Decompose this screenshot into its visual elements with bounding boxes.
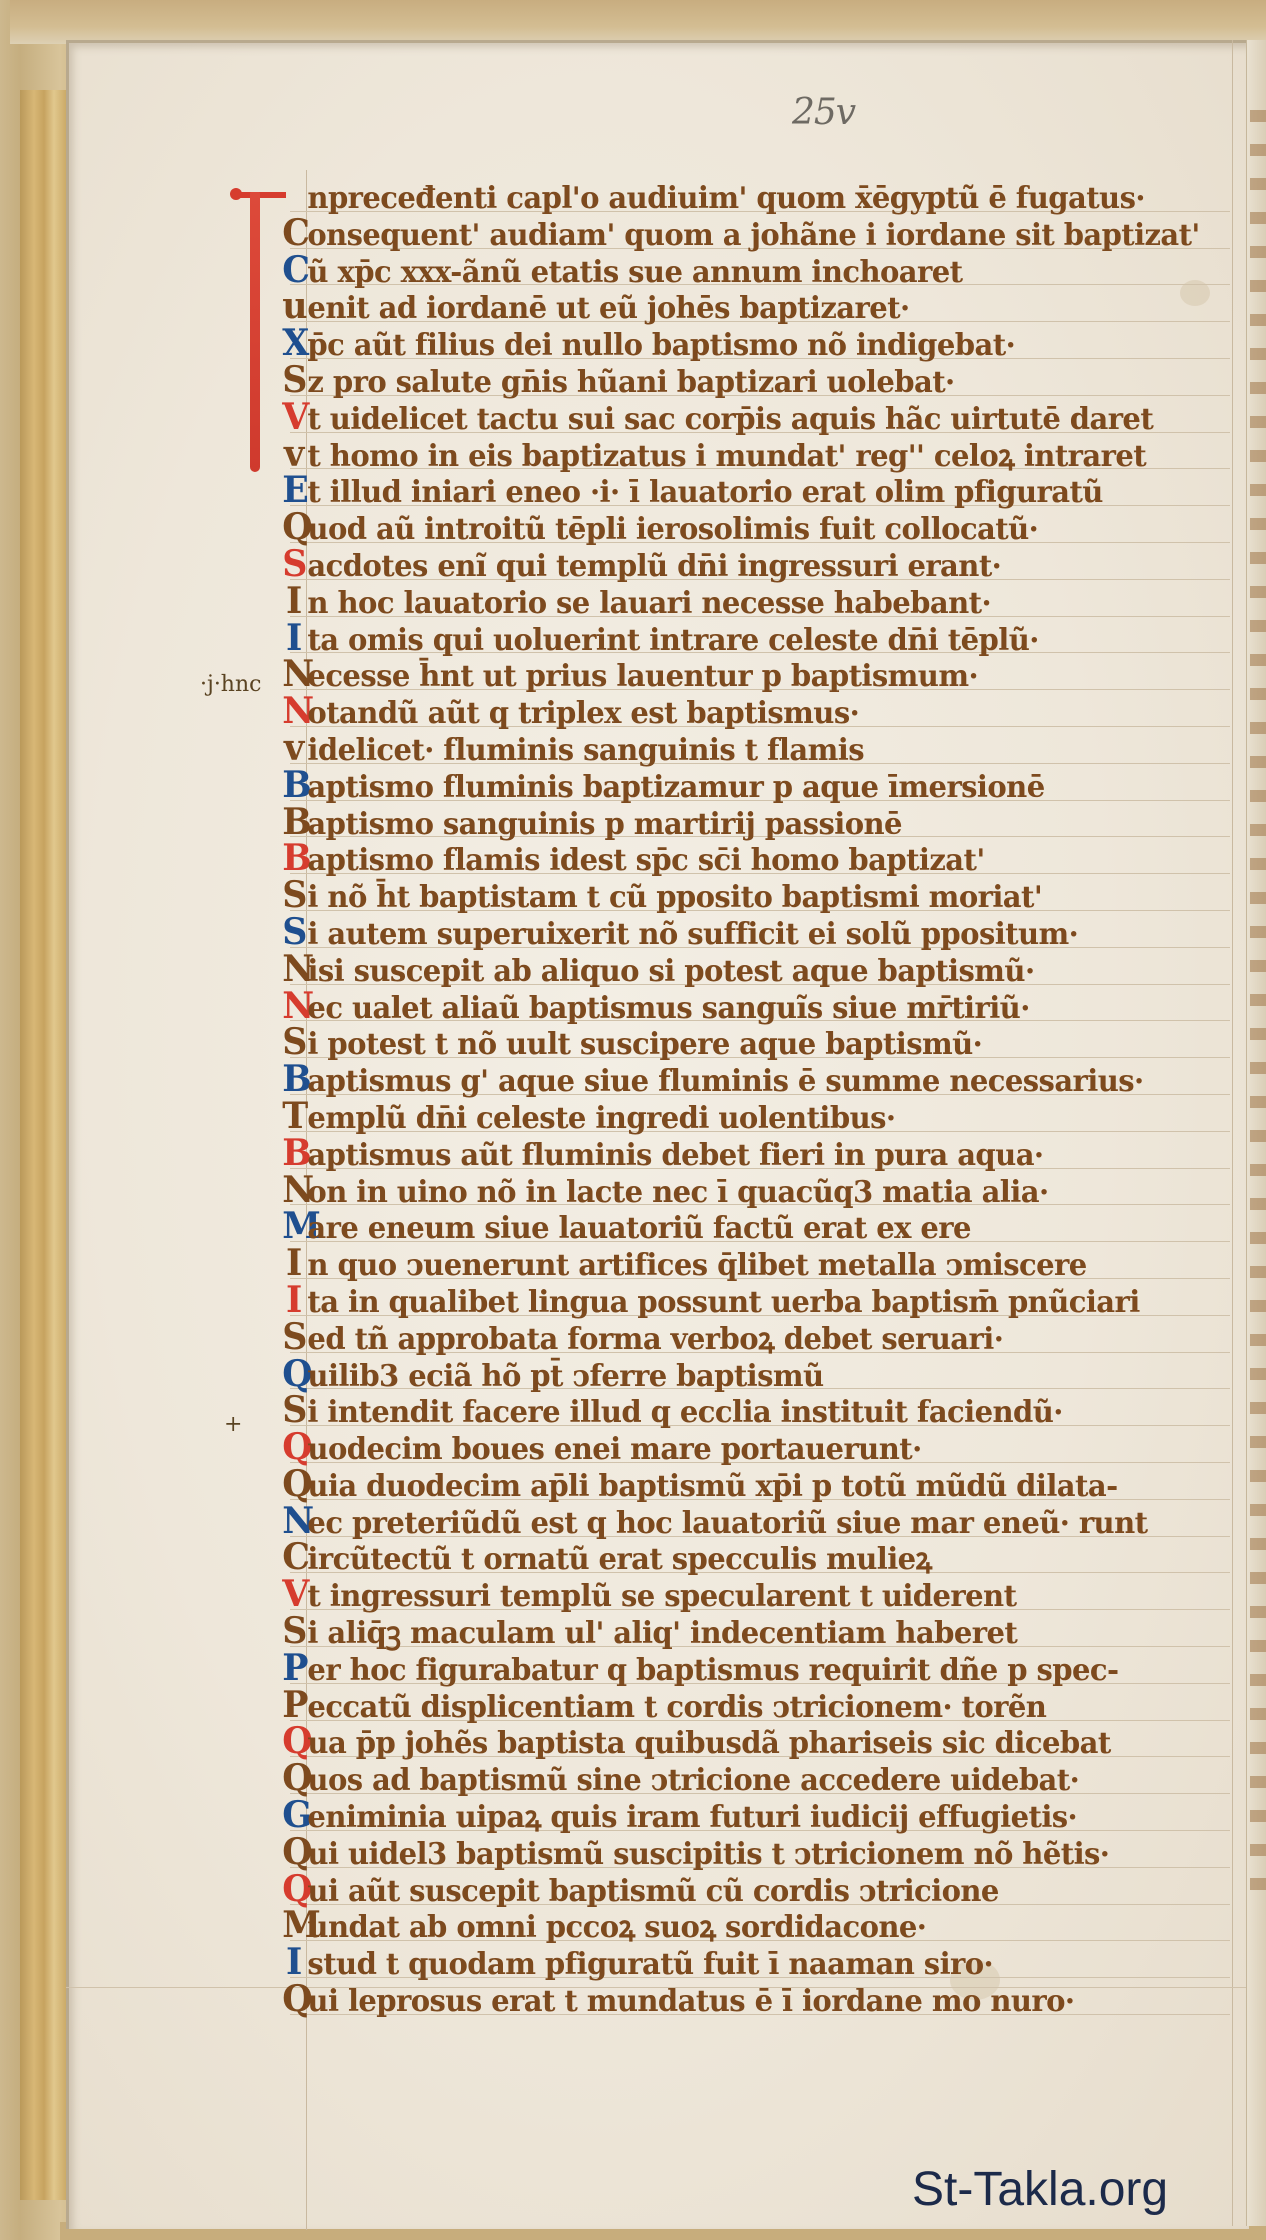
line-text: uod aũ introitũ tēpli ierosolimis fuit c… <box>307 512 1038 547</box>
manuscript-line: Istud t quodam pfiguratũ fuit ī naaman s… <box>290 1944 1200 1981</box>
manuscript-line: Ita omis qui uoluerint intrare celeste d… <box>290 620 1200 657</box>
line-initial: S <box>282 1024 305 1061</box>
line-text: i potest t nõ uult suscipere aque baptis… <box>307 1027 982 1062</box>
line-text: ũ xp̄c xxx-ãnũ etatis sue annum inchoare… <box>307 255 962 290</box>
line-initial: N <box>282 693 305 730</box>
manuscript-line: Si nõ h̄t baptistam t cũ pposito baptism… <box>290 877 1200 914</box>
line-text: uos ad baptismũ sine ↄtricione accedere … <box>307 1763 1079 1798</box>
marginal-annotation: ·j·hnc <box>200 672 261 697</box>
folio-number: 25v <box>792 92 855 133</box>
line-text: ui uidel3 baptismũ suscipitis t ↄtricion… <box>307 1837 1109 1872</box>
manuscript-line: vt homo in eis baptizatus i mundat' reg'… <box>290 436 1200 473</box>
line-text: ircũtectũ t ornatũ erat specculis mulieꝝ <box>307 1542 931 1577</box>
line-initial: S <box>282 1392 305 1429</box>
line-initial: B <box>282 840 305 877</box>
manuscript-line: Vt uidelicet tactu sui sac corp̄is aquis… <box>290 399 1200 436</box>
manuscript-line: Notandũ aũt q triplex est baptismus· <box>290 693 1200 730</box>
manuscript-line: Inpreceđenti capl'o audiuim' quom x̄ēgyp… <box>290 178 1200 215</box>
manuscript-line: Vt ingressuri templũ se specularent t ui… <box>290 1576 1200 1613</box>
line-initial: V <box>282 1576 305 1613</box>
manuscript-line: Geniminia uipaꝝ quis iram futuri iudicij… <box>290 1797 1200 1834</box>
manuscript-line: Ita in qualibet lingua possunt uerba bap… <box>290 1282 1200 1319</box>
line-text: t uidelicet tactu sui sac corp̄is aquis … <box>307 402 1153 437</box>
line-text: on in uino nõ in lacte nec ī quacũq3 mat… <box>307 1175 1048 1210</box>
line-initial: Q <box>282 1723 305 1760</box>
line-text: uodecim boues enei mare portauerunt· <box>307 1432 921 1467</box>
line-text: ui leprosus erat t mundatus ē ī iordane … <box>307 1984 1074 2019</box>
manuscript-line: Quodecim boues enei mare portauerunt· <box>290 1429 1200 1466</box>
manuscript-line: Cũ xp̄c xxx-ãnũ etatis sue annum inchoar… <box>290 252 1200 289</box>
line-text: aptismo flamis idest sp̄c sc̄i homo bapt… <box>307 843 984 878</box>
line-initial: S <box>282 362 305 399</box>
line-text: i nõ h̄t baptistam t cũ pposito baptismi… <box>307 880 1042 915</box>
line-initial: C <box>282 215 305 252</box>
line-text: p̄c aũt filius dei nullo baptismo nõ ind… <box>307 328 1015 363</box>
line-initial: V <box>282 399 305 436</box>
line-text: onsequent' audiam' quom a johãne i iorda… <box>307 218 1199 253</box>
line-initial: M <box>282 1208 305 1245</box>
line-initial: N <box>282 1172 305 1209</box>
manuscript-line: Peccatũ displicentiam t cordis ↄtricione… <box>290 1687 1200 1724</box>
line-initial: I <box>282 1282 305 1319</box>
line-initial: Q <box>282 1356 305 1393</box>
line-text: uilib3 eciã hõ pt̄ ↄferre baptismũ <box>307 1359 823 1394</box>
line-initial: u <box>282 288 305 325</box>
line-initial: S <box>282 914 305 951</box>
line-text: t homo in eis baptizatus i mundat' reg''… <box>307 439 1146 474</box>
manuscript-line: Si aliq̄ꝫ maculam ul' aliq' indecentiam … <box>290 1613 1200 1650</box>
line-initial: Q <box>282 1981 305 2018</box>
line-initial: B <box>282 804 305 841</box>
manuscript-line: Baptismo sanguinis p martirij passionē <box>290 804 1200 841</box>
line-initial: S <box>282 1319 305 1356</box>
line-text: idelicet· fluminis sanguinis t flamis <box>307 733 864 768</box>
manuscript-line: Xp̄c aũt filius dei nullo baptismo nõ in… <box>290 325 1200 362</box>
manuscript-line: Qui aũt suscepit baptismũ cũ cordis ↄtri… <box>290 1871 1200 1908</box>
line-initial: P <box>282 1687 305 1724</box>
line-initial: C <box>282 1539 305 1576</box>
line-initial: I <box>282 1944 305 1981</box>
line-initial: P <box>282 1650 305 1687</box>
line-initial: S <box>282 546 305 583</box>
line-text: aptismus g' aque siue fluminis ē summe n… <box>307 1064 1143 1099</box>
manuscript-line: Sed tñ approbata forma verboꝝ debet seru… <box>290 1319 1200 1356</box>
line-text: ecesse h̄nt ut prius lauentur p baptismu… <box>307 659 978 694</box>
line-initial: S <box>282 877 305 914</box>
line-initial: N <box>282 951 305 988</box>
adjacent-leaf-text <box>1250 110 1266 1910</box>
manuscript-line: Qui leprosus erat t mundatus ē ī iordane… <box>290 1981 1200 2018</box>
line-initial: B <box>282 1135 305 1172</box>
manuscript-line: Baptismus aũt fluminis debet fieri in pu… <box>290 1135 1200 1172</box>
line-text: ed tñ approbata forma verboꝝ debet serua… <box>307 1322 1003 1357</box>
manuscript-line: Circũtectũ t ornatũ erat specculis mulie… <box>290 1539 1200 1576</box>
manuscript-text-block: Inpreceđenti capl'o audiuim' quom x̄ēgyp… <box>290 178 1230 2018</box>
line-initial: I <box>282 1245 305 1282</box>
line-initial: Q <box>282 1834 305 1871</box>
line-text: enit ad iordanē ut eũ johēs baptizaret· <box>307 291 909 326</box>
line-initial: X <box>282 325 305 362</box>
manuscript-line: Necesse h̄nt ut prius lauentur p baptism… <box>290 656 1200 693</box>
line-initial: T <box>282 1098 305 1135</box>
manuscript-line: Nec preteriũdũ est q hoc lauatoriũ siue … <box>290 1503 1200 1540</box>
large-red-initial-I <box>236 182 270 472</box>
line-text: uia duodecim ap̄li baptismũ xp̄i p totũ … <box>307 1469 1117 1504</box>
line-initial: v <box>282 436 305 473</box>
manuscript-line: Baptismo flamis idest sp̄c sc̄i homo bap… <box>290 840 1200 877</box>
line-text: ua p̄p johẽs baptista quibusdã phariseis… <box>307 1726 1110 1761</box>
line-initial: S <box>282 1613 305 1650</box>
manuscript-line: Si autem superuixerit nõ sufficit ei sol… <box>290 914 1200 951</box>
marginal-cross-mark: + <box>224 1412 242 1437</box>
line-text: ta omis qui uoluerint intrare celeste dn… <box>307 623 1038 658</box>
manuscript-line: Nisi suscepit ab aliquo si potest aque b… <box>290 951 1200 988</box>
manuscript-line: Sacdotes enĩ qui templũ dn̄i ingressuri … <box>290 546 1200 583</box>
line-text: stud t quodam pfiguratũ fuit ī naaman si… <box>307 1947 993 1982</box>
line-initial: N <box>282 656 305 693</box>
line-text: i autem superuixerit nõ sufficit ei solũ… <box>307 917 1078 952</box>
line-initial: E <box>282 472 305 509</box>
line-initial: N <box>282 1503 305 1540</box>
manuscript-line: In hoc lauatorio se lauari necesse habeb… <box>290 583 1200 620</box>
gutter-spine <box>20 90 70 2200</box>
line-initial: Q <box>282 1466 305 1503</box>
line-text: isi suscepit ab aliquo si potest aque ba… <box>307 954 1034 989</box>
line-initial: C <box>282 252 305 289</box>
line-text: eniminia uipaꝝ quis iram futuri iudicij … <box>307 1800 1077 1835</box>
line-initial: Q <box>282 1871 305 1908</box>
line-text: aptismo fluminis baptizamur p aque īmers… <box>307 770 1044 805</box>
line-initial: Q <box>282 1760 305 1797</box>
top-page-edge <box>10 0 1266 44</box>
manuscript-line: Quilib3 eciã hõ pt̄ ↄferre baptismũ <box>290 1356 1200 1393</box>
manuscript-line: Sz pro salute gn̄is hũani baptizari uole… <box>290 362 1200 399</box>
line-text: are eneum siue lauatoriũ factũ erat ex e… <box>307 1211 970 1246</box>
manuscript-line: Per hoc figurabatur q baptismus requirit… <box>290 1650 1200 1687</box>
manuscript-line: Mundat ab omni pccoꝝ suoꝝ sordidacone· <box>290 1907 1200 1944</box>
line-text: t illud iniari eneo ·i· ī lauatorio erat… <box>307 475 1102 510</box>
manuscript-line: Non in uino nõ in lacte nec ī quacũq3 ma… <box>290 1172 1200 1209</box>
manuscript-line: Quod aũ introitũ tēpli ierosolimis fuit … <box>290 509 1200 546</box>
line-initial: B <box>282 767 305 804</box>
line-text: npreceđenti capl'o audiuim' quom x̄ēgypt… <box>307 181 1144 216</box>
manuscript-line: Baptismus g' aque siue fluminis ē summe … <box>290 1061 1200 1098</box>
line-initial: I <box>282 583 305 620</box>
manuscript-line: Mare eneum siue lauatoriũ factũ erat ex … <box>290 1208 1200 1245</box>
line-text: eccatũ displicentiam t cordis ↄtricionem… <box>307 1690 1046 1725</box>
manuscript-line: Baptismo fluminis baptizamur p aque īmer… <box>290 767 1200 804</box>
line-initial: v <box>282 730 305 767</box>
ruling-line-vertical-right <box>1232 40 1233 2226</box>
line-text: otandũ aũt q triplex est baptismus· <box>307 696 859 731</box>
manuscript-line: In quo ↄuenerunt artifices q̄libet metal… <box>290 1245 1200 1282</box>
line-initial: G <box>282 1797 305 1834</box>
line-text: i aliq̄ꝫ maculam ul' aliq' indecentiam h… <box>307 1616 1017 1651</box>
line-text: ta in qualibet lingua possunt uerba bapt… <box>307 1285 1139 1320</box>
manuscript-line: Nec ualet aliaũ baptismus sanguĩs siue m… <box>290 988 1200 1025</box>
line-text: emplũ dn̄i celeste ingredi uolentibus· <box>307 1101 895 1136</box>
line-initial: M <box>282 1907 305 1944</box>
manuscript-line: Quos ad baptismũ sine ↄtricione accedere… <box>290 1760 1200 1797</box>
line-text: acdotes enĩ qui templũ dn̄i ingressuri e… <box>307 549 1001 584</box>
line-text: ec preteriũdũ est q hoc lauatoriũ siue m… <box>307 1506 1147 1541</box>
line-initial: I <box>282 620 305 657</box>
line-text: n quo ↄuenerunt artifices q̄libet metall… <box>307 1248 1086 1283</box>
manuscript-line: Si potest t nõ uult suscipere aque bapti… <box>290 1024 1200 1061</box>
line-text: aptismus aũt fluminis debet fieri in pur… <box>307 1138 1043 1173</box>
line-text: ui aũt suscepit baptismũ cũ cordis ↄtric… <box>307 1874 998 1909</box>
line-text: i intendit facere illud q ecclia institu… <box>307 1395 1062 1430</box>
line-initial: N <box>282 988 305 1025</box>
line-text: er hoc figurabatur q baptismus requirit … <box>307 1653 1118 1688</box>
manuscript-line: Si intendit facere illud q ecclia instit… <box>290 1392 1200 1429</box>
line-text: aptismo sanguinis p martirij passionē <box>307 807 901 842</box>
manuscript-line: Qua p̄p johẽs baptista quibusdã pharisei… <box>290 1723 1200 1760</box>
line-text: n hoc lauatorio se lauari necesse habeba… <box>307 586 991 621</box>
manuscript-line: Qui uidel3 baptismũ suscipitis t ↄtricio… <box>290 1834 1200 1871</box>
line-initial: Q <box>282 509 305 546</box>
watermark: St-Takla.org <box>912 2162 1168 2217</box>
line-text: t ingressuri templũ se specularent t uid… <box>307 1579 1016 1614</box>
manuscript-line: Templũ dn̄i celeste ingredi uolentibus· <box>290 1098 1200 1135</box>
line-initial: B <box>282 1061 305 1098</box>
line-text: z pro salute gn̄is hũani baptizari uoleb… <box>307 365 954 400</box>
line-initial: Q <box>282 1429 305 1466</box>
manuscript-line: uenit ad iordanē ut eũ johēs baptizaret· <box>290 288 1200 325</box>
manuscript-line: Quia duodecim ap̄li baptismũ xp̄i p totũ… <box>290 1466 1200 1503</box>
manuscript-line: videlicet· fluminis sanguinis t flamis <box>290 730 1200 767</box>
manuscript-line: Consequent' audiam' quom a johãne i iord… <box>290 215 1198 252</box>
line-text: ec ualet aliaũ baptismus sanguĩs siue mr… <box>307 991 1029 1026</box>
manuscript-line: Et illud iniari eneo ·i· ī lauatorio era… <box>290 472 1200 509</box>
line-text: undat ab omni pccoꝝ suoꝝ sordidacone· <box>307 1910 926 1945</box>
